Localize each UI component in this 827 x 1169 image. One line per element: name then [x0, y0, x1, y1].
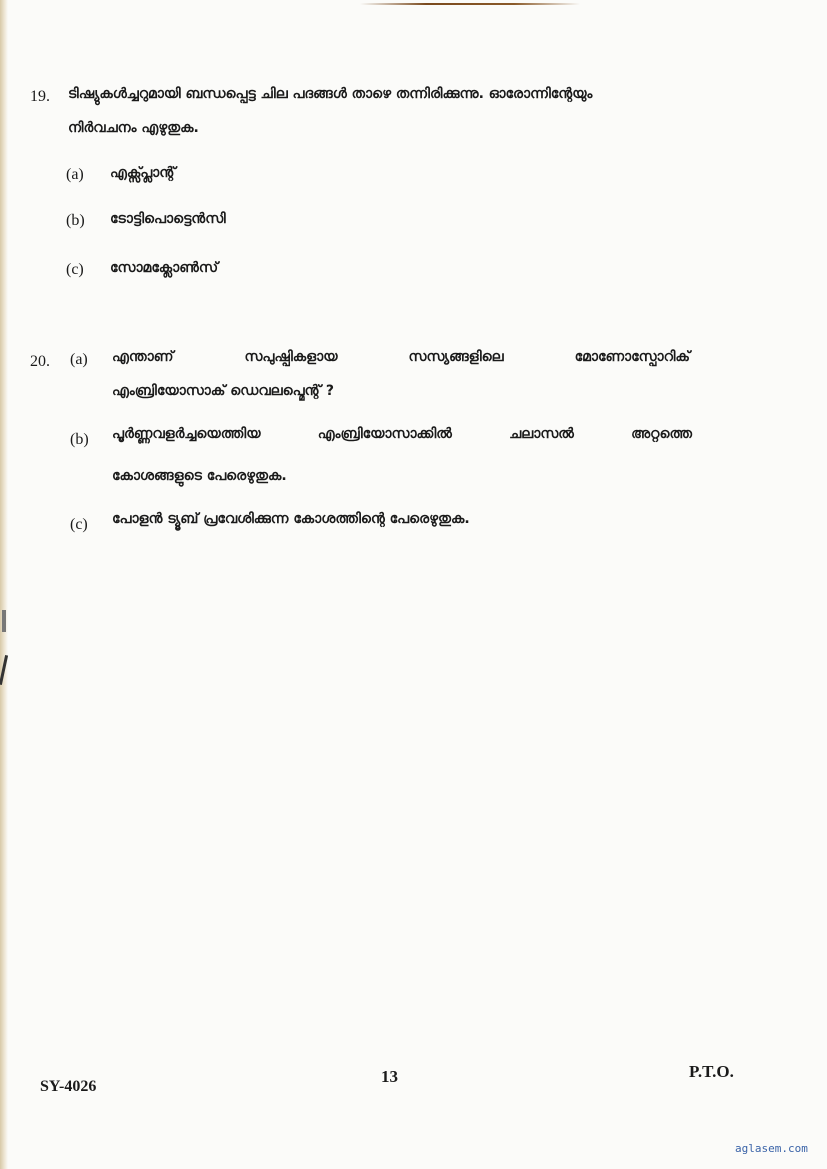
part-label: (b): [66, 212, 85, 230]
question-stem-line2: നിർവചനം എഴുതുക.: [68, 120, 199, 136]
word: ചലാസൽ: [509, 426, 574, 442]
word: പൂർണ്ണവളർച്ചയെത്തിയ: [112, 426, 261, 442]
part-text: ടോട്ടിപൊട്ടെൻസി: [110, 211, 226, 227]
part-text: സോമക്ലോൺസ്: [110, 260, 218, 276]
word: എംബ്രിയോസാക്കിൽ: [318, 426, 452, 442]
part-label: (a): [70, 351, 88, 369]
word: അറ്റത്തെ: [631, 426, 692, 442]
part-text: എക്സ്പ്ലാന്റ്: [110, 165, 176, 181]
word: സപുഷ്പികളായ: [244, 349, 337, 365]
page-left-edge-shadow: [0, 0, 8, 1169]
part-b-line2: കോശങ്ങളുടെ പേരെഴുതുക.: [112, 468, 287, 484]
page-number: 13: [381, 1067, 398, 1087]
question-stem-line1: ടിഷ്യുകൾച്ചറുമായി ബന്ധപ്പെട്ട ചില പദങ്ങൾ…: [68, 86, 592, 102]
question-number: 19.: [30, 88, 50, 106]
part-a-line1: എന്താണ് സപുഷ്പികളായ സസ്യങ്ങളിലെ മോണോസ്പോ…: [112, 349, 690, 365]
part-b-line1: പൂർണ്ണവളർച്ചയെത്തിയ എംബ്രിയോസാക്കിൽ ചലാസ…: [112, 426, 692, 442]
word: എന്താണ്: [112, 349, 173, 365]
part-label: (c): [70, 516, 88, 534]
word: മോണോസ്പോറിക്: [575, 349, 690, 365]
question-number: 20.: [30, 353, 50, 371]
part-a-line2: എംബ്രിയോസാക് ഡെവലപ്മെന്റ് ?: [112, 383, 334, 399]
part-label: (b): [70, 431, 89, 449]
pto-label: P.T.O.: [689, 1062, 734, 1082]
part-c-line1: പോളൻ ട്യൂബ് പ്രവേശിക്കുന്ന കോശത്തിന്റെ പ…: [112, 511, 470, 527]
watermark: aglasem.com: [735, 1142, 808, 1155]
part-label: (c): [66, 261, 84, 279]
binder-mark: [0, 610, 10, 690]
paper-code: SY-4026: [40, 1078, 96, 1096]
word: സസ്യങ്ങളിലെ: [409, 349, 504, 365]
page-top-edge-mark: [360, 3, 580, 5]
part-label: (a): [66, 166, 84, 184]
